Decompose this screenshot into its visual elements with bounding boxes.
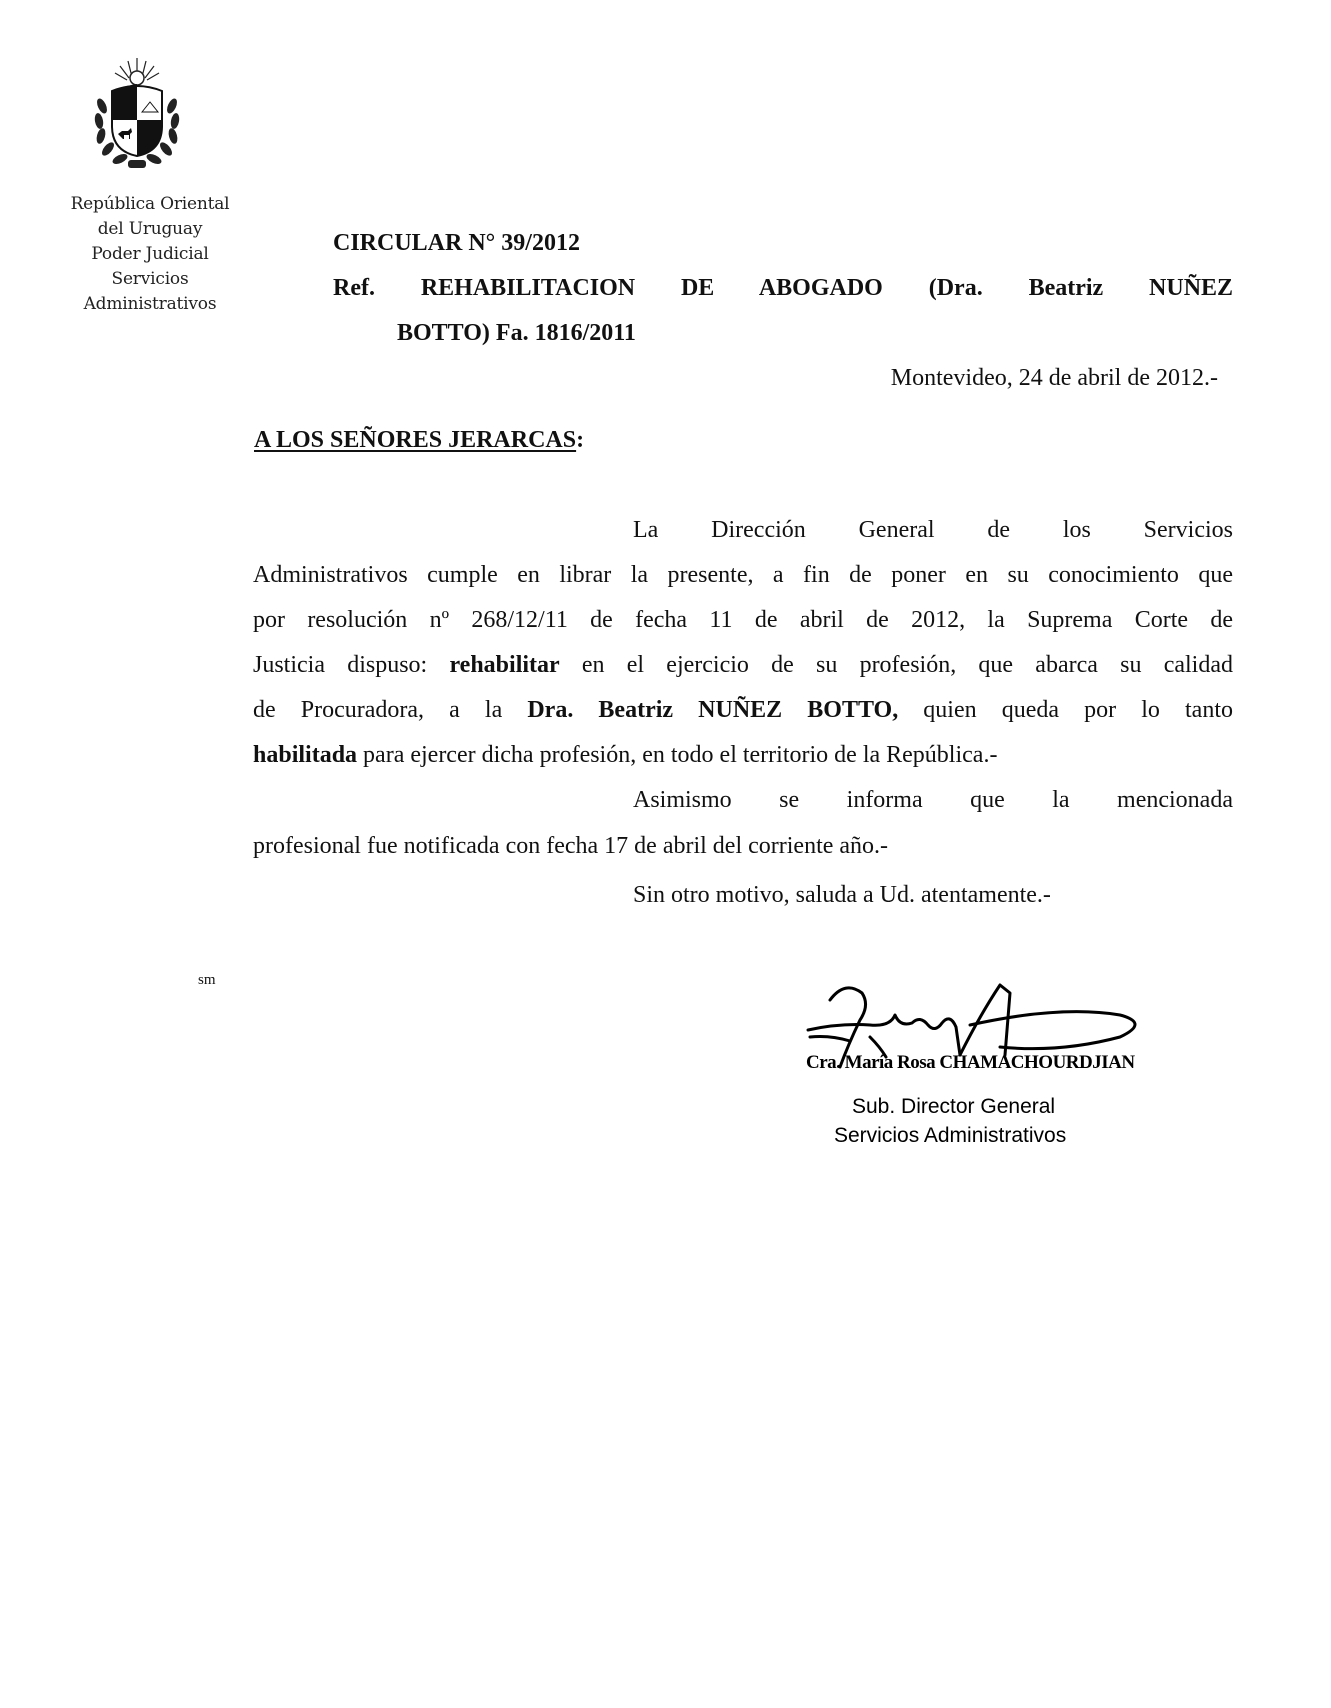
body-line: La Dirección General de los Servicios bbox=[253, 517, 1233, 547]
letterhead-line: República Oriental bbox=[40, 192, 260, 217]
salutation-colon: : bbox=[576, 427, 584, 453]
signatory-name: Cra. María Rosa CHAMACHOURDJIAN bbox=[806, 1052, 1135, 1074]
letterhead-line: Poder Judicial bbox=[40, 242, 260, 267]
ref-word: DE bbox=[681, 275, 714, 301]
text-run: de Procuradora, a la bbox=[253, 697, 527, 723]
salutation: A LOS SEÑORES JERARCAS: bbox=[254, 427, 584, 454]
letterhead: República Oriental del Uruguay Poder Jud… bbox=[40, 192, 260, 317]
letterhead-line: Servicios bbox=[40, 267, 260, 292]
text-run: quien queda por lo tanto bbox=[898, 697, 1233, 723]
document-date: Montevideo, 24 de abril de 2012.- bbox=[0, 365, 1218, 392]
text-run: en el ejercicio de su profesión, que aba… bbox=[560, 652, 1233, 678]
ref-word: REHABILITACION bbox=[421, 275, 635, 301]
body-line: Justicia dispuso: rehabilitar en el ejer… bbox=[253, 652, 1233, 682]
signatory-department: Servicios Administrativos bbox=[834, 1124, 1066, 1148]
text-run: Justicia dispuso: bbox=[253, 652, 449, 678]
body-line: profesional fue notificada con fecha 17 … bbox=[253, 833, 1233, 863]
bold-run: habilitada bbox=[253, 742, 357, 768]
body-line: de Procuradora, a la Dra. Beatriz NUÑEZ … bbox=[253, 697, 1233, 727]
ref-word: ABOGADO bbox=[759, 275, 883, 301]
reference-line: Ref. REHABILITACION DE ABOGADO (Dra. Bea… bbox=[333, 275, 1233, 302]
letterhead-line: Administrativos bbox=[40, 292, 260, 317]
ref-word: Ref. bbox=[333, 275, 375, 301]
ref-word: (Dra. bbox=[929, 275, 983, 301]
bold-run: rehabilitar bbox=[449, 652, 559, 678]
reference-line-continued: BOTTO) Fa. 1816/2011 bbox=[397, 320, 636, 347]
ref-word: NUÑEZ bbox=[1149, 275, 1233, 301]
circular-number: CIRCULAR N° 39/2012 bbox=[333, 230, 580, 257]
signatory-title: Sub. Director General bbox=[852, 1095, 1055, 1119]
bold-run: Dra. Beatriz NUÑEZ BOTTO, bbox=[527, 697, 898, 723]
typist-initials: sm bbox=[198, 972, 216, 989]
body-line: Asimismo se informa que la mencionada bbox=[253, 787, 1233, 817]
coat-of-arms-icon bbox=[92, 56, 182, 174]
text-run: para ejercer dicha profesión, en todo el… bbox=[357, 742, 997, 768]
body-line: habilitada para ejercer dicha profesión,… bbox=[253, 742, 1233, 772]
closing-line: Sin otro motivo, saluda a Ud. atentament… bbox=[633, 882, 1051, 909]
letterhead-line: del Uruguay bbox=[40, 217, 260, 242]
body-line: por resolución nº 268/12/11 de fecha 11 … bbox=[253, 607, 1233, 637]
body-line: Administrativos cumple en librar la pres… bbox=[253, 562, 1233, 592]
salutation-text: A LOS SEÑORES JERARCAS bbox=[254, 427, 576, 453]
ref-word: Beatriz bbox=[1029, 275, 1104, 301]
